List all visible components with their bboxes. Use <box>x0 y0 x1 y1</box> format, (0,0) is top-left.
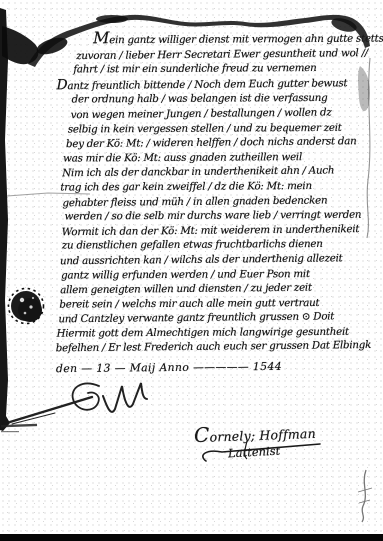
monogram-flourish <box>10 383 147 424</box>
manuscript-scan: Mein gantz williger dienst mit vermogen … <box>0 0 383 541</box>
left-border-shadow <box>0 8 10 431</box>
bottom-right-mark <box>358 470 372 522</box>
signature-name: Cornely; Hoffman <box>194 419 317 447</box>
bottom-border-shadow <box>0 534 383 541</box>
wax-seal-icon <box>9 289 44 324</box>
left-margin-smudge <box>1 424 37 428</box>
left-margin-smudge-2 <box>1 431 19 432</box>
date-line: den — 13 — Maij Anno ————— 1544 <box>56 360 282 375</box>
manuscript-text-block: Mein gantz williger dienst mit vermogen … <box>56 29 375 356</box>
signature-title: Lattenist <box>228 444 281 461</box>
corner-blob-topleft <box>2 26 38 64</box>
torn-edge-blob-mid <box>96 15 128 23</box>
manuscript-line: Mein gantz williger dienst mit vermogen … <box>93 30 372 48</box>
manuscript-line: befelhen / Er lest Frederich auch euch s… <box>56 338 375 356</box>
